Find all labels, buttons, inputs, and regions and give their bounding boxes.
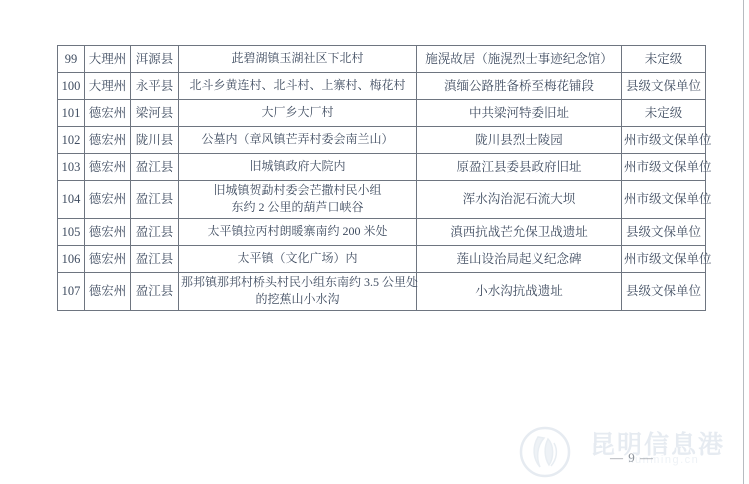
cell-index: 105 — [58, 218, 85, 245]
table-row: 101 德宏州 梁河县 大厂乡大厂村 中共梁河特委旧址 未定级 — [58, 100, 706, 127]
cell-level: 州市级文保单位 — [622, 154, 706, 181]
cell-county: 梁河县 — [131, 100, 179, 127]
kunming-info-port-logo-icon — [518, 425, 572, 479]
cell-location: 旧城镇贺勐村委会芒撒村民小组 东约 2 公里的葫芦口峡谷 — [179, 181, 417, 219]
table-row: 104 德宏州 盈江县 旧城镇贺勐村委会芒撒村民小组 东约 2 公里的葫芦口峡谷… — [58, 181, 706, 219]
cell-prefecture: 德宏州 — [85, 181, 131, 219]
cell-county: 盈江县 — [131, 272, 179, 310]
heritage-sites-table: 99 大理州 洱源县 茈碧湖镇玉湖社区下北村 施滉故居（施滉烈士事迹纪念馆） 未… — [57, 45, 706, 311]
table-row: 102 德宏州 陇川县 公墓内（章风镇芒弄村委会南兰山） 陇川县烈士陵园 州市级… — [58, 127, 706, 154]
cell-location: 太平镇拉丙村朗暖寨南约 200 米处 — [179, 218, 417, 245]
table-row: 100 大理州 永平县 北斗乡黄连村、北斗村、上寨村、梅花村 滇缅公路胜备桥至梅… — [58, 73, 706, 100]
cell-level: 州市级文保单位 — [622, 245, 706, 272]
document-page: 99 大理州 洱源县 茈碧湖镇玉湖社区下北村 施滉故居（施滉烈士事迹纪念馆） 未… — [0, 0, 749, 484]
cell-site: 原盈江县委县政府旧址 — [417, 154, 622, 181]
cell-county: 盈江县 — [131, 181, 179, 219]
cell-level: 县级文保单位 — [622, 218, 706, 245]
cell-site: 小水沟抗战遗址 — [417, 272, 622, 310]
cell-index: 101 — [58, 100, 85, 127]
cell-prefecture: 德宏州 — [85, 245, 131, 272]
cell-index: 100 — [58, 73, 85, 100]
cell-level: 未定级 — [622, 100, 706, 127]
table-row: 107 德宏州 盈江县 那邦镇那邦村桥头村民小组东南约 3.5 公里处 的挖蕉山… — [58, 272, 706, 310]
cell-index: 106 — [58, 245, 85, 272]
cell-location: 那邦镇那邦村桥头村民小组东南约 3.5 公里处 的挖蕉山小水沟 — [179, 272, 417, 310]
cell-index: 104 — [58, 181, 85, 219]
cell-index: 99 — [58, 46, 85, 73]
cell-prefecture: 大理州 — [85, 73, 131, 100]
table-row: 105 德宏州 盈江县 太平镇拉丙村朗暖寨南约 200 米处 滇西抗战芒允保卫战… — [58, 218, 706, 245]
cell-county: 盈江县 — [131, 154, 179, 181]
cell-location: 太平镇（文化广场）内 — [179, 245, 417, 272]
cell-location: 公墓内（章风镇芒弄村委会南兰山） — [179, 127, 417, 154]
table-row: 99 大理州 洱源县 茈碧湖镇玉湖社区下北村 施滉故居（施滉烈士事迹纪念馆） 未… — [58, 46, 706, 73]
cell-prefecture: 德宏州 — [85, 100, 131, 127]
cell-site: 陇川县烈士陵园 — [417, 127, 622, 154]
cell-prefecture: 德宏州 — [85, 218, 131, 245]
cell-location: 北斗乡黄连村、北斗村、上寨村、梅花村 — [179, 73, 417, 100]
table-row: 103 德宏州 盈江县 旧城镇政府大院内 原盈江县委县政府旧址 州市级文保单位 — [58, 154, 706, 181]
cell-county: 盈江县 — [131, 245, 179, 272]
cell-index: 107 — [58, 272, 85, 310]
cell-county: 盈江县 — [131, 218, 179, 245]
cell-index: 103 — [58, 154, 85, 181]
cell-level: 县级文保单位 — [622, 73, 706, 100]
cell-location: 大厂乡大厂村 — [179, 100, 417, 127]
cell-location: 旧城镇政府大院内 — [179, 154, 417, 181]
cell-prefecture: 德宏州 — [85, 272, 131, 310]
cell-level: 州市级文保单位 — [622, 127, 706, 154]
page-edge-line — [743, 0, 744, 484]
cell-prefecture: 德宏州 — [85, 154, 131, 181]
page-number: — 9 — — [596, 450, 668, 466]
cell-site: 施滉故居（施滉烈士事迹纪念馆） — [417, 46, 622, 73]
cell-location: 茈碧湖镇玉湖社区下北村 — [179, 46, 417, 73]
cell-index: 102 — [58, 127, 85, 154]
cell-site: 浑水沟治泥石流大坝 — [417, 181, 622, 219]
cell-county: 陇川县 — [131, 127, 179, 154]
cell-level: 县级文保单位 — [622, 272, 706, 310]
cell-prefecture: 大理州 — [85, 46, 131, 73]
table-row: 106 德宏州 盈江县 太平镇（文化广场）内 莲山设治局起义纪念碑 州市级文保单… — [58, 245, 706, 272]
cell-level: 州市级文保单位 — [622, 181, 706, 219]
cell-county: 洱源县 — [131, 46, 179, 73]
cell-site: 滇缅公路胜备桥至梅花铺段 — [417, 73, 622, 100]
cell-site: 滇西抗战芒允保卫战遗址 — [417, 218, 622, 245]
cell-site: 中共梁河特委旧址 — [417, 100, 622, 127]
cell-level: 未定级 — [622, 46, 706, 73]
cell-county: 永平县 — [131, 73, 179, 100]
cell-prefecture: 德宏州 — [85, 127, 131, 154]
cell-site: 莲山设治局起义纪念碑 — [417, 245, 622, 272]
